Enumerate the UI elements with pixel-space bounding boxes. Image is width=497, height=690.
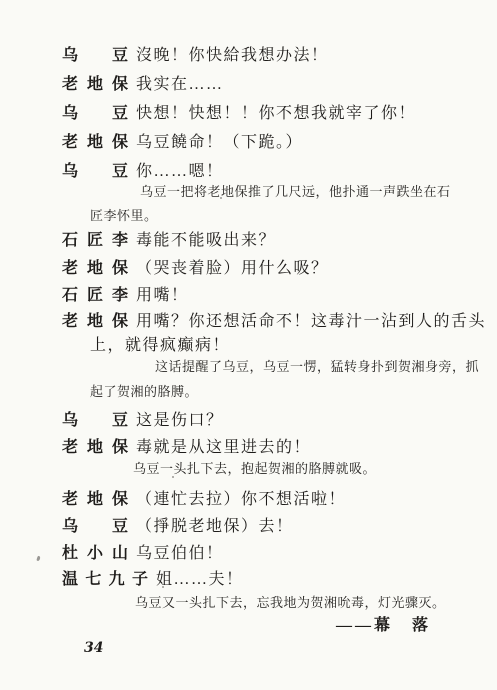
dialogue-text: 乌豆饒命！（下跪。） <box>136 129 303 152</box>
scan-artifact <box>220 197 222 199</box>
curtain-line: ——幕 落 <box>336 612 431 635</box>
dialogue-row: 乌豆 沒晚！你快給我想办法！ <box>62 42 329 65</box>
scan-artifact <box>172 476 174 478</box>
dialogue-row: 老地保 毒就是从这里进去的！ <box>62 434 311 457</box>
speaker-name: 乌豆 <box>62 513 128 536</box>
speaker-name: 乌豆 <box>62 158 128 181</box>
dialogue-row: 石匠李 用嘴！ <box>62 282 189 305</box>
speaker-name: 乌豆 <box>62 407 128 430</box>
speaker-name: 老地保 <box>62 308 128 331</box>
stage-direction: 匠李怀里。 <box>90 205 158 224</box>
speaker-name: 温七九子 <box>62 566 148 589</box>
stage-direction: 这话提醒了乌豆，乌豆一愣，猛转身扑到贺湘身旁，抓 <box>155 356 479 375</box>
stage-direction: 乌豆又一头扎下去，忘我地为贺湘吮毒，灯光骤灭。 <box>135 592 446 611</box>
dialogue-text: 快想！快想！！你不想我就宰了你！ <box>136 100 416 123</box>
dialogue-row: 老地保 （連忙去拉）你不想活啦！ <box>62 486 346 509</box>
speaker-name: 乌豆 <box>62 100 128 123</box>
dialogue-row: 老地保 （哭丧着脸）用什么吸？ <box>62 255 329 278</box>
dialogue-text: 用嘴？你还想活命不！这毒汁一沾到人的舌头 <box>136 308 486 331</box>
scan-artifact <box>162 586 164 588</box>
script-page: 乌豆 沒晚！你快給我想办法！ 老地保 我实在…… 乌豆 快想！快想！！你不想我就… <box>0 0 497 690</box>
speaker-name: 老地保 <box>62 129 128 152</box>
dialogue-text: 沒晚！你快給我想办法！ <box>136 42 329 65</box>
stage-direction: 起了贺湘的胳膊。 <box>90 381 198 400</box>
speaker-name: 老地保 <box>62 71 128 94</box>
dialogue-row: 老地保 乌豆饒命！（下跪。） <box>62 129 303 152</box>
stage-direction: 乌豆一把将老地保推了几尺远，他扑通一声跌坐在石 <box>140 181 451 200</box>
dialogue-text: 这是伤口？ <box>136 407 224 430</box>
dialogue-row: 乌豆 这是伤口？ <box>62 407 224 430</box>
stage-direction: 乌豆一头扎下去，抱起贺湘的胳膊就吸。 <box>133 458 376 477</box>
page-number: 34 <box>84 640 103 656</box>
scan-artifact <box>36 556 40 562</box>
dialogue-row: 老地保 我实在…… <box>62 71 224 94</box>
dialogue-text: 乌豆伯伯！ <box>136 540 224 563</box>
dialogue-row: 石匠李 毒能不能吸出来？ <box>62 227 276 250</box>
dialogue-text: （掙脱老地保）去！ <box>136 513 294 536</box>
dialogue-text-wrap: 上，就得疯癫病！ <box>90 332 230 355</box>
speaker-name: 老地保 <box>62 255 128 278</box>
speaker-name: 杜小山 <box>62 540 128 563</box>
speaker-name: 石匠李 <box>62 227 128 250</box>
dialogue-row: 温七九子 姐……夫！ <box>62 566 244 589</box>
dialogue-text: 用嘴！ <box>136 282 189 305</box>
dialogue-row: 乌豆 （掙脱老地保）去！ <box>62 513 294 536</box>
speaker-name: 老地保 <box>62 434 128 457</box>
dialogue-row: 老地保 用嘴？你还想活命不！这毒汁一沾到人的舌头 <box>62 308 486 331</box>
dialogue-row: 乌豆 快想！快想！！你不想我就宰了你！ <box>62 100 416 123</box>
dialogue-text: （哭丧着脸）用什么吸？ <box>136 255 329 278</box>
dialogue-text: 我实在…… <box>136 71 224 94</box>
speaker-name: 石匠李 <box>62 282 128 305</box>
dialogue-row: 杜小山 乌豆伯伯！ <box>62 540 224 563</box>
speaker-name: 老地保 <box>62 486 128 509</box>
dialogue-text: 姐……夫！ <box>156 566 244 589</box>
dialogue-text: 毒能不能吸出来？ <box>136 227 276 250</box>
dialogue-row: 乌豆 你……嗯！ <box>62 158 224 181</box>
dialogue-text: 毒就是从这里进去的！ <box>136 434 311 457</box>
dialogue-text: 你……嗯！ <box>136 158 224 181</box>
dialogue-text: （連忙去拉）你不想活啦！ <box>136 486 346 509</box>
speaker-name: 乌豆 <box>62 42 128 65</box>
